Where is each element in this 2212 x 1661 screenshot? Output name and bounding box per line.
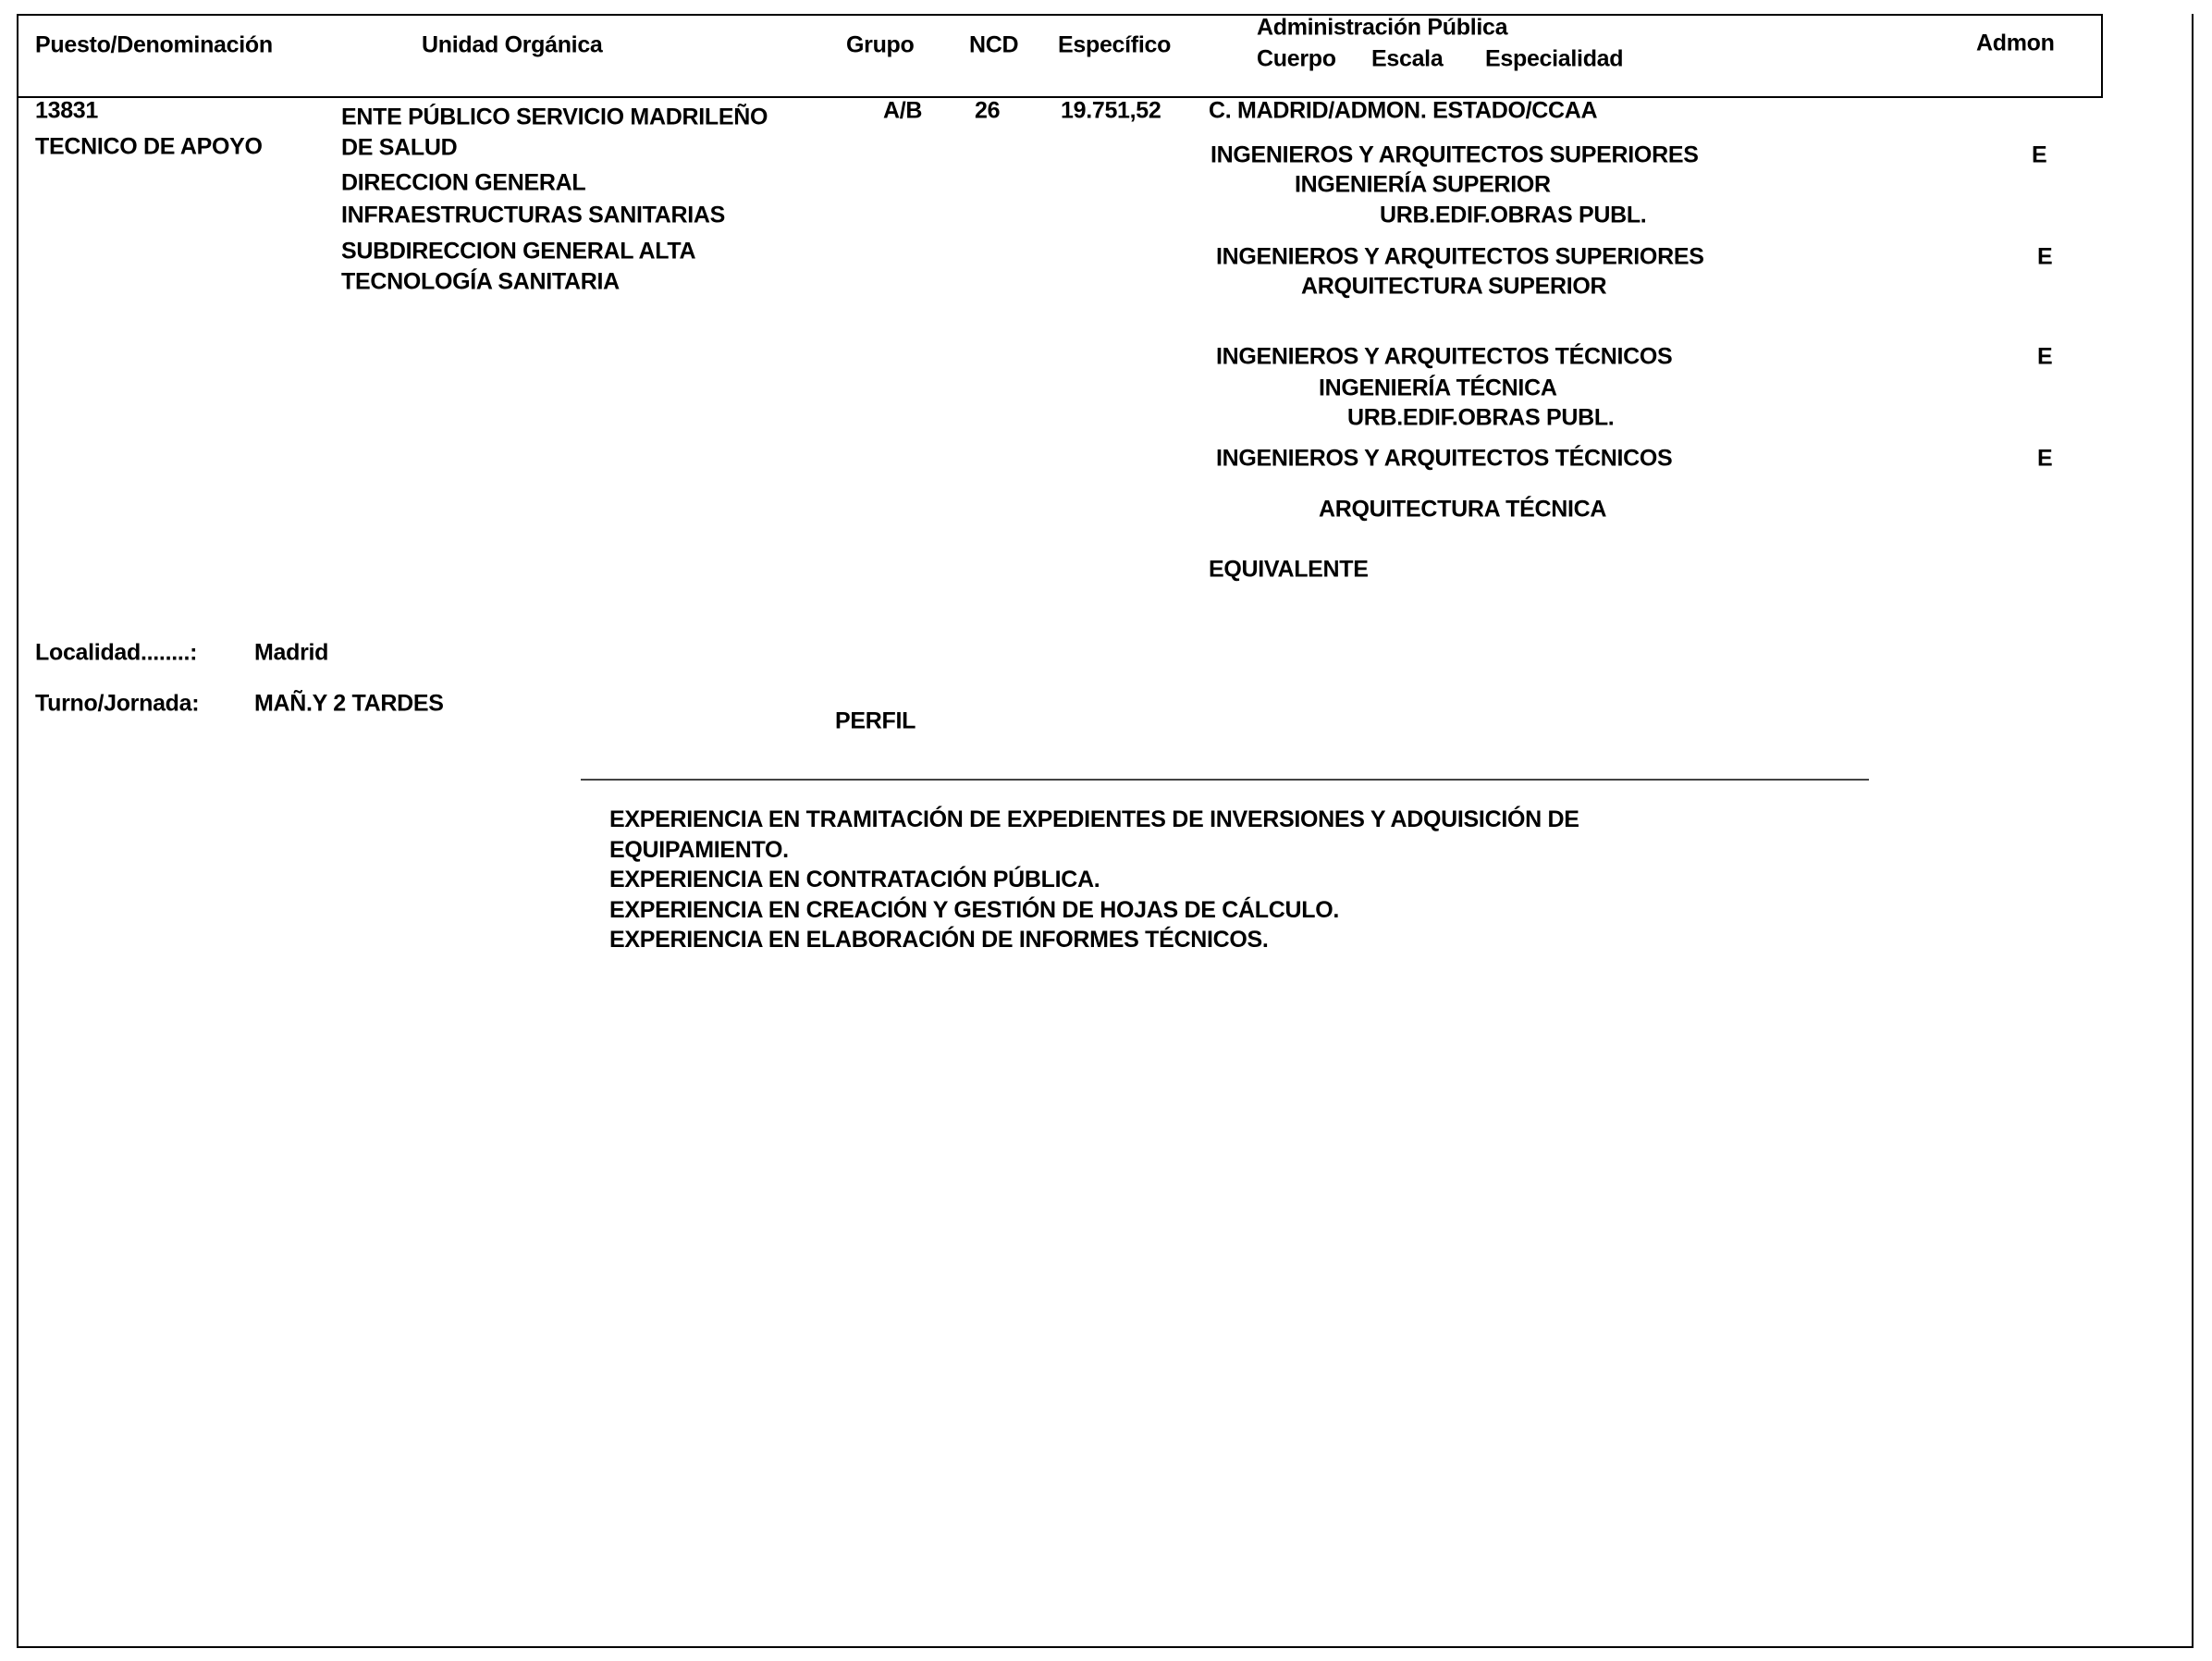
header-especifico: Específico	[1058, 34, 1171, 57]
grupo-value: A/B	[883, 100, 922, 123]
localidad-label: Localidad........:	[35, 642, 197, 665]
header-ncd: NCD	[969, 34, 1018, 57]
unidad-line: ENTE PÚBLICO SERVICIO MADRILEÑO	[341, 106, 768, 129]
header-cuerpo: Cuerpo	[1257, 48, 1336, 71]
localidad-value: Madrid	[254, 642, 328, 665]
unidad-line: DE SALUD	[341, 137, 457, 160]
cuerpo-admon: E	[2032, 144, 2046, 167]
perfil-divider	[581, 779, 1869, 781]
header-especialidad: Especialidad	[1485, 48, 1623, 71]
perfil-line: EXPERIENCIA EN TRAMITACIÓN DE EXPEDIENTE…	[609, 805, 1579, 835]
puesto-codigo: 13831	[35, 100, 98, 123]
unidad-line: INFRAESTRUCTURAS SANITARIAS	[341, 204, 725, 228]
cuerpo-especialidad: URB.EDIF.OBRAS PUBL.	[1380, 204, 1646, 228]
perfil-line: EXPERIENCIA EN ELABORACIÓN DE INFORMES T…	[609, 925, 1579, 955]
perfil-title: PERFIL	[835, 710, 916, 733]
perfil-lines: EXPERIENCIA EN TRAMITACIÓN DE EXPEDIENTE…	[609, 805, 1579, 955]
cuerpo-admon: E	[2037, 448, 2052, 471]
header-puesto: Puesto/Denominación	[35, 34, 273, 57]
cuerpo-name: INGENIEROS Y ARQUITECTOS TÉCNICOS	[1216, 346, 1672, 369]
header-unidad: Unidad Orgánica	[422, 34, 603, 57]
turno-value: MAÑ.Y 2 TARDES	[254, 693, 444, 716]
cuerpo-name: INGENIEROS Y ARQUITECTOS SUPERIORES	[1216, 246, 1704, 269]
cuerpo-name: INGENIEROS Y ARQUITECTOS TÉCNICOS	[1216, 448, 1672, 471]
cuerpo-admon: E	[2037, 346, 2052, 369]
perfil-line: EQUIPAMIENTO.	[609, 835, 1579, 866]
cuerpo-admon: E	[2037, 246, 2052, 269]
header-admon: Admon	[1976, 32, 2055, 55]
ncd-value: 26	[975, 100, 1000, 123]
administracion-value: C. MADRID/ADMON. ESTADO/CCAA	[1209, 100, 1597, 123]
header-administracion: Administración Pública	[1257, 17, 1507, 40]
unidad-line: DIRECCION GENERAL	[341, 172, 585, 195]
perfil-line: EXPERIENCIA EN CONTRATACIÓN PÚBLICA.	[609, 865, 1579, 895]
equivalente-label: EQUIVALENTE	[1209, 559, 1369, 582]
perfil-line: EXPERIENCIA EN CREACIÓN Y GESTIÓN DE HOJ…	[609, 895, 1579, 926]
cuerpo-escala: ARQUITECTURA SUPERIOR	[1301, 276, 1606, 299]
header-escala: Escala	[1371, 48, 1443, 71]
header-grupo: Grupo	[846, 34, 915, 57]
especifico-value: 19.751,52	[1061, 100, 1161, 123]
unidad-line: TECNOLOGÍA SANITARIA	[341, 271, 620, 294]
cuerpo-escala: ARQUITECTURA TÉCNICA	[1319, 498, 1606, 522]
cuerpo-especialidad: URB.EDIF.OBRAS PUBL.	[1347, 407, 1614, 430]
turno-label: Turno/Jornada:	[35, 693, 199, 716]
cuerpo-escala: INGENIERÍA SUPERIOR	[1295, 174, 1551, 197]
cuerpo-escala: INGENIERÍA TÉCNICA	[1319, 377, 1557, 400]
cuerpo-name: INGENIEROS Y ARQUITECTOS SUPERIORES	[1210, 144, 1699, 167]
puesto-denominacion: TECNICO DE APOYO	[35, 136, 263, 159]
unidad-line: SUBDIRECCION GENERAL ALTA	[341, 240, 695, 264]
